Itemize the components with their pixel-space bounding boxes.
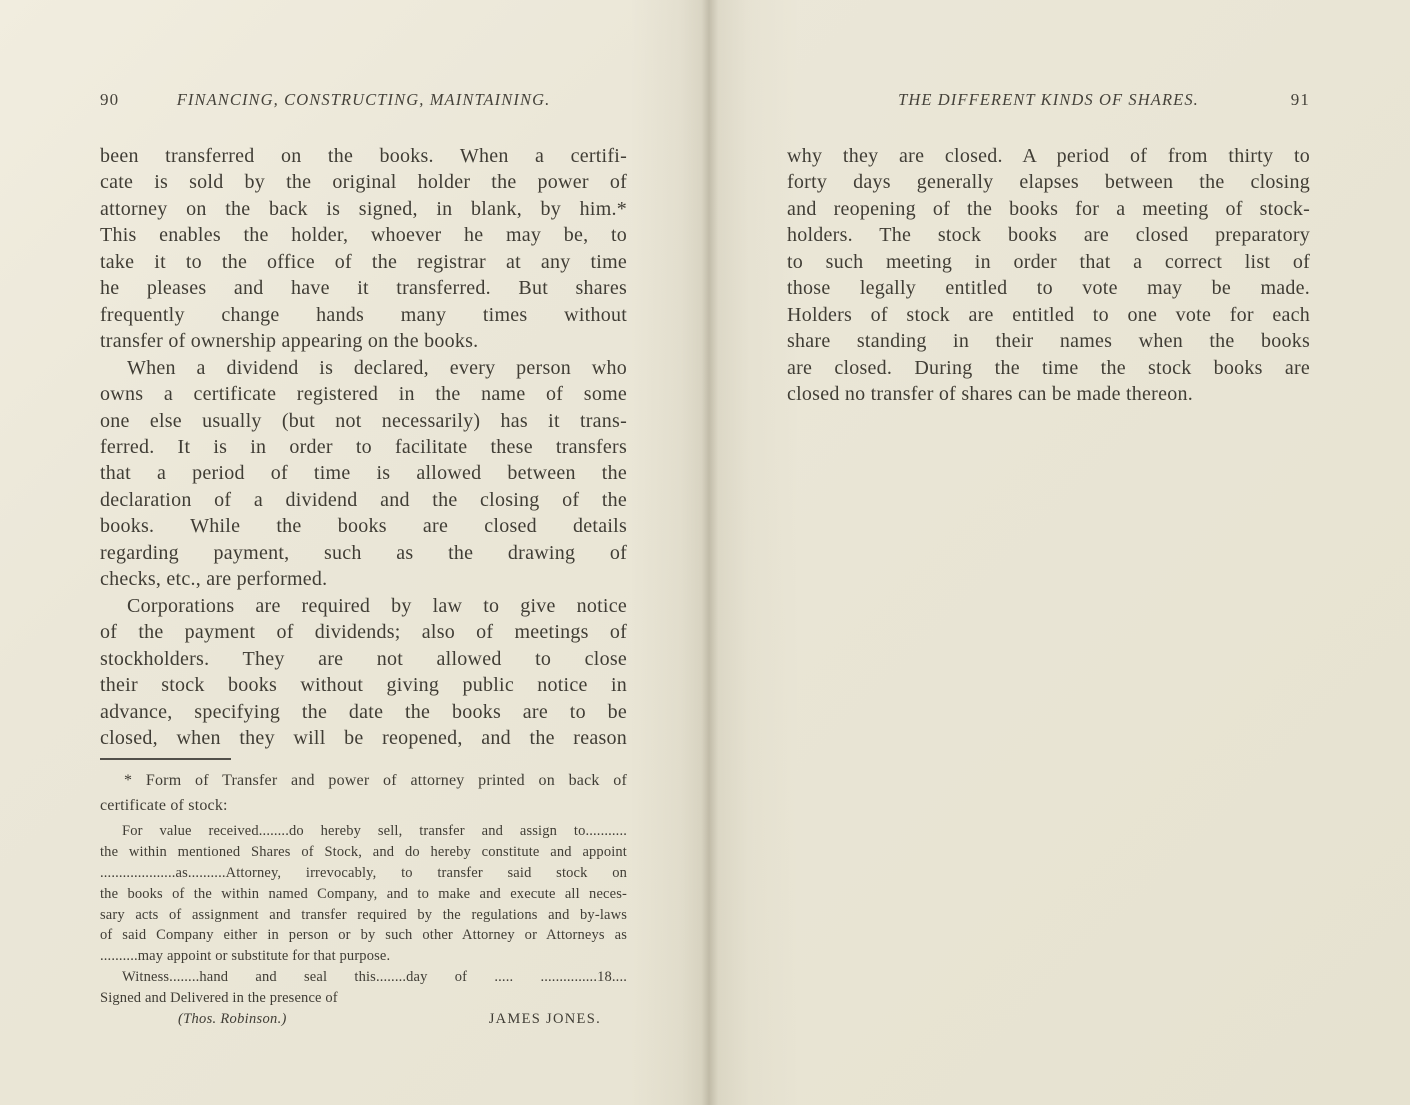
- book-scan: 90 FINANCING, CONSTRUCTING, MAINTAINING.…: [0, 0, 1410, 1105]
- text-line: that a period of time is allowed between…: [100, 460, 627, 486]
- text-line: checks, etc., are performed.: [100, 566, 627, 592]
- left-page-number: 90: [100, 90, 134, 110]
- witness-signature: (Thos. Robinson.): [178, 1009, 287, 1030]
- text-line: of the payment of dividends; also of mee…: [100, 619, 627, 645]
- text-line: the within mentioned Shares of Stock, an…: [100, 842, 627, 863]
- text-line: * Form of Transfer and power of attorney…: [100, 769, 627, 794]
- left-page-body: been transferred on the books. When a ce…: [100, 143, 627, 751]
- text-line: he pleases and have it transferred. But …: [100, 275, 627, 301]
- text-line: frequently change hands many times witho…: [100, 302, 627, 328]
- text-line: to such meeting in order that a correct …: [787, 249, 1310, 275]
- text-line: sary acts of assignment and transfer req…: [100, 905, 627, 926]
- text-line: one else usually (but not necessarily) h…: [100, 408, 627, 434]
- text-line: share standing in their names when the b…: [787, 328, 1310, 354]
- text-line: and reopening of the books for a meeting…: [787, 196, 1310, 222]
- text-line: regarding payment, such as the drawing o…: [100, 540, 627, 566]
- text-line: advance, specifying the date the books a…: [100, 699, 627, 725]
- text-line: Holders of stock are entitled to one vot…: [787, 302, 1310, 328]
- text-line: the books of the within named Company, a…: [100, 884, 627, 905]
- text-line: ferred. It is in order to facilitate the…: [100, 434, 627, 460]
- text-line: closed no transfer of shares can be made…: [787, 381, 1310, 407]
- text-line: certificate of stock:: [100, 794, 627, 819]
- text-line: Corporations are required by law to give…: [100, 593, 627, 619]
- text-line: ....................as..........Attorney…: [100, 863, 627, 884]
- text-line: holders. The stock books are closed prep…: [787, 222, 1310, 248]
- footnote-signature-row: (Thos. Robinson.) JAMES JONES.: [100, 1009, 627, 1030]
- right-page-body: why they are closed. A period of from th…: [787, 143, 1310, 408]
- text-line: are closed. During the time the stock bo…: [787, 355, 1310, 381]
- text-line: ..........may appoint or substitute for …: [100, 946, 627, 967]
- text-line: cate is sold by the original holder the …: [100, 169, 627, 195]
- text-line: those legally entitled to vote may be ma…: [787, 275, 1310, 301]
- text-line: been transferred on the books. When a ce…: [100, 143, 627, 169]
- left-running-head: 90 FINANCING, CONSTRUCTING, MAINTAINING.: [100, 90, 627, 112]
- right-running-title: THE DIFFERENT KINDS OF SHARES.: [821, 90, 1276, 110]
- right-running-head: THE DIFFERENT KINDS OF SHARES. 91: [787, 90, 1310, 112]
- text-line: why they are closed. A period of from th…: [787, 143, 1310, 169]
- text-line: Witness........hand and seal this.......…: [100, 967, 627, 988]
- text-line: For value received........do hereby sell…: [100, 821, 627, 842]
- page-gutter-shadow: [630, 0, 800, 1105]
- footnote-form: For value received........do hereby sell…: [100, 821, 627, 1008]
- left-page: 90 FINANCING, CONSTRUCTING, MAINTAINING.…: [100, 90, 627, 1029]
- text-line: When a dividend is declared, every perso…: [100, 355, 627, 381]
- text-line: Signed and Delivered in the presence of: [100, 988, 627, 1009]
- footnote-rule: [100, 758, 231, 760]
- text-line: owns a certificate registered in the nam…: [100, 381, 627, 407]
- right-page-number: 91: [1276, 90, 1310, 110]
- text-line: declaration of a dividend and the closin…: [100, 487, 627, 513]
- text-line: attorney on the back is signed, in blank…: [100, 196, 627, 222]
- text-line: This enables the holder, whoever he may …: [100, 222, 627, 248]
- text-line: stockholders. They are not allowed to cl…: [100, 646, 627, 672]
- text-line: transfer of ownership appearing on the b…: [100, 328, 627, 354]
- right-page: THE DIFFERENT KINDS OF SHARES. 91 why th…: [787, 90, 1310, 408]
- text-line: books. While the books are closed detail…: [100, 513, 627, 539]
- text-line: their stock books without giving public …: [100, 672, 627, 698]
- footnote-intro: * Form of Transfer and power of attorney…: [100, 769, 627, 818]
- text-line: closed, when they will be reopened, and …: [100, 725, 627, 751]
- text-line: forty days generally elapses between the…: [787, 169, 1310, 195]
- left-running-title: FINANCING, CONSTRUCTING, MAINTAINING.: [134, 90, 593, 110]
- text-line: of said Company either in person or by s…: [100, 925, 627, 946]
- signer-name: JAMES JONES.: [489, 1009, 601, 1030]
- text-line: take it to the office of the registrar a…: [100, 249, 627, 275]
